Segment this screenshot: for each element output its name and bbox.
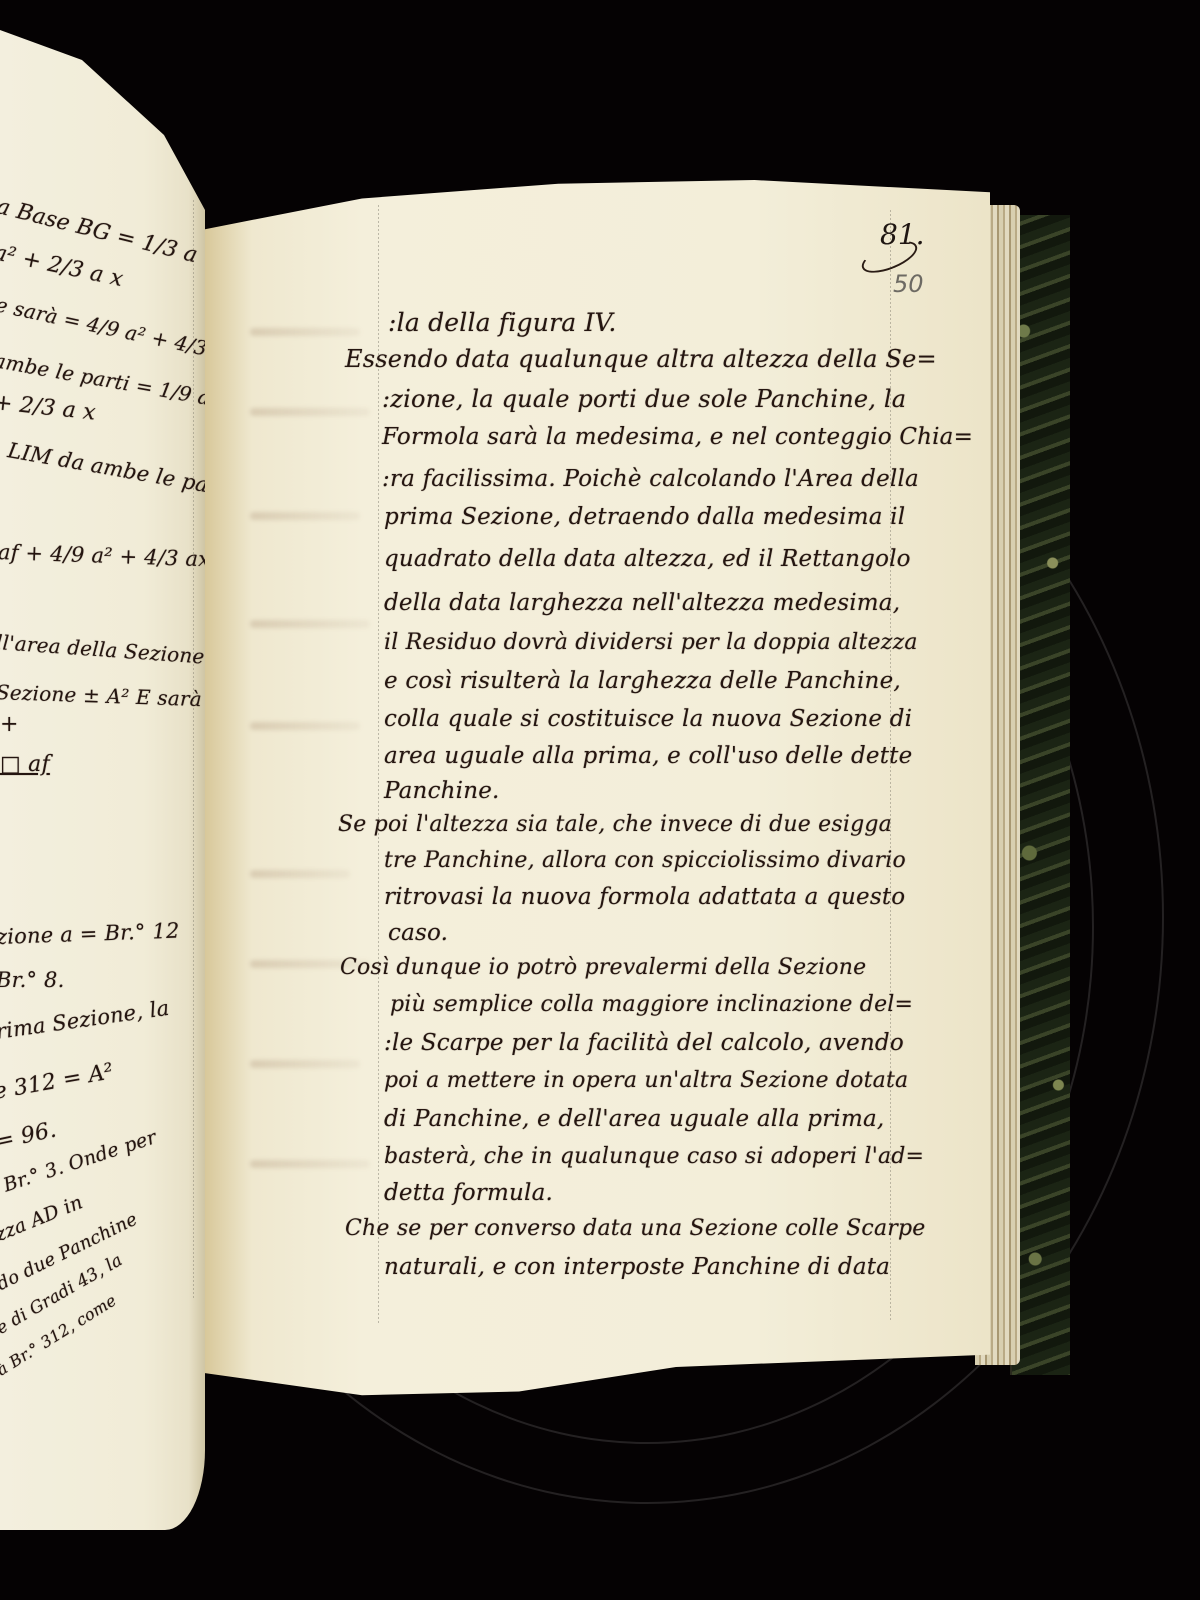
right-line: :ra facilissima. Poichè calcolando l'Are…: [382, 466, 919, 492]
right-line: Panchine.: [384, 778, 500, 804]
right-line: poi a mettere in opera un'altra Sezione …: [384, 1068, 908, 1093]
right-line: il Residuo dovrà dividersi per la doppia…: [384, 630, 918, 655]
right-line: Così dunque io potrò prevalermi della Se…: [340, 955, 866, 980]
right-line: di Panchine, e dell'area uguale alla pri…: [384, 1106, 884, 1132]
right-line: area uguale alla prima, e coll'uso delle…: [384, 743, 912, 769]
left-line: □ af: [0, 752, 50, 777]
right-line: della data larghezza nell'altezza medesi…: [384, 590, 900, 616]
right-line: ritrovasi la nuova formola adattata a qu…: [384, 884, 905, 910]
right-line: naturali, e con interposte Panchine di d…: [384, 1254, 890, 1280]
left-line: Br.° 8.: [0, 968, 64, 992]
right-line: Formola sarà la medesima, e nel conteggi…: [382, 424, 973, 450]
book-photo: la Base BG = 1/3 a + x. a² + 2/3 a x e s…: [0, 0, 1200, 1600]
right-line: colla quale si costituisce la nuova Sezi…: [384, 706, 912, 732]
left-page-ruling: [193, 200, 194, 1300]
left-line: +: [0, 712, 19, 737]
right-line: più semplice colla maggiore inclinazione…: [390, 992, 913, 1017]
right-line: Se poi l'altezza sia tale, che invece di…: [338, 812, 892, 837]
right-line: Essendo data qualunque altra altezza del…: [345, 345, 937, 373]
right-line: quadrato della data altezza, ed il Retta…: [384, 546, 911, 572]
right-line: prima Sezione, detraendo dalla medesima …: [384, 504, 905, 530]
right-line: basterà, che in qualunque caso si adoper…: [384, 1144, 924, 1169]
right-line: tre Panchine, allora con spicciolissimo …: [384, 848, 906, 873]
right-line: detta formula.: [384, 1180, 553, 1206]
right-line: :zione, la quale porti due sole Panchine…: [382, 385, 906, 413]
pencil-page-number: 50: [893, 270, 924, 298]
right-page-ruling-left: [378, 205, 379, 1325]
right-line: :le Scarpe per la facilità del calcolo, …: [384, 1030, 904, 1056]
right-line: caso.: [388, 920, 448, 946]
right-line: Che se per converso data una Sezione col…: [345, 1216, 925, 1241]
right-line: e così risulterà la larghezza delle Panc…: [384, 668, 901, 694]
right-line: :la della figura IV.: [388, 308, 617, 337]
